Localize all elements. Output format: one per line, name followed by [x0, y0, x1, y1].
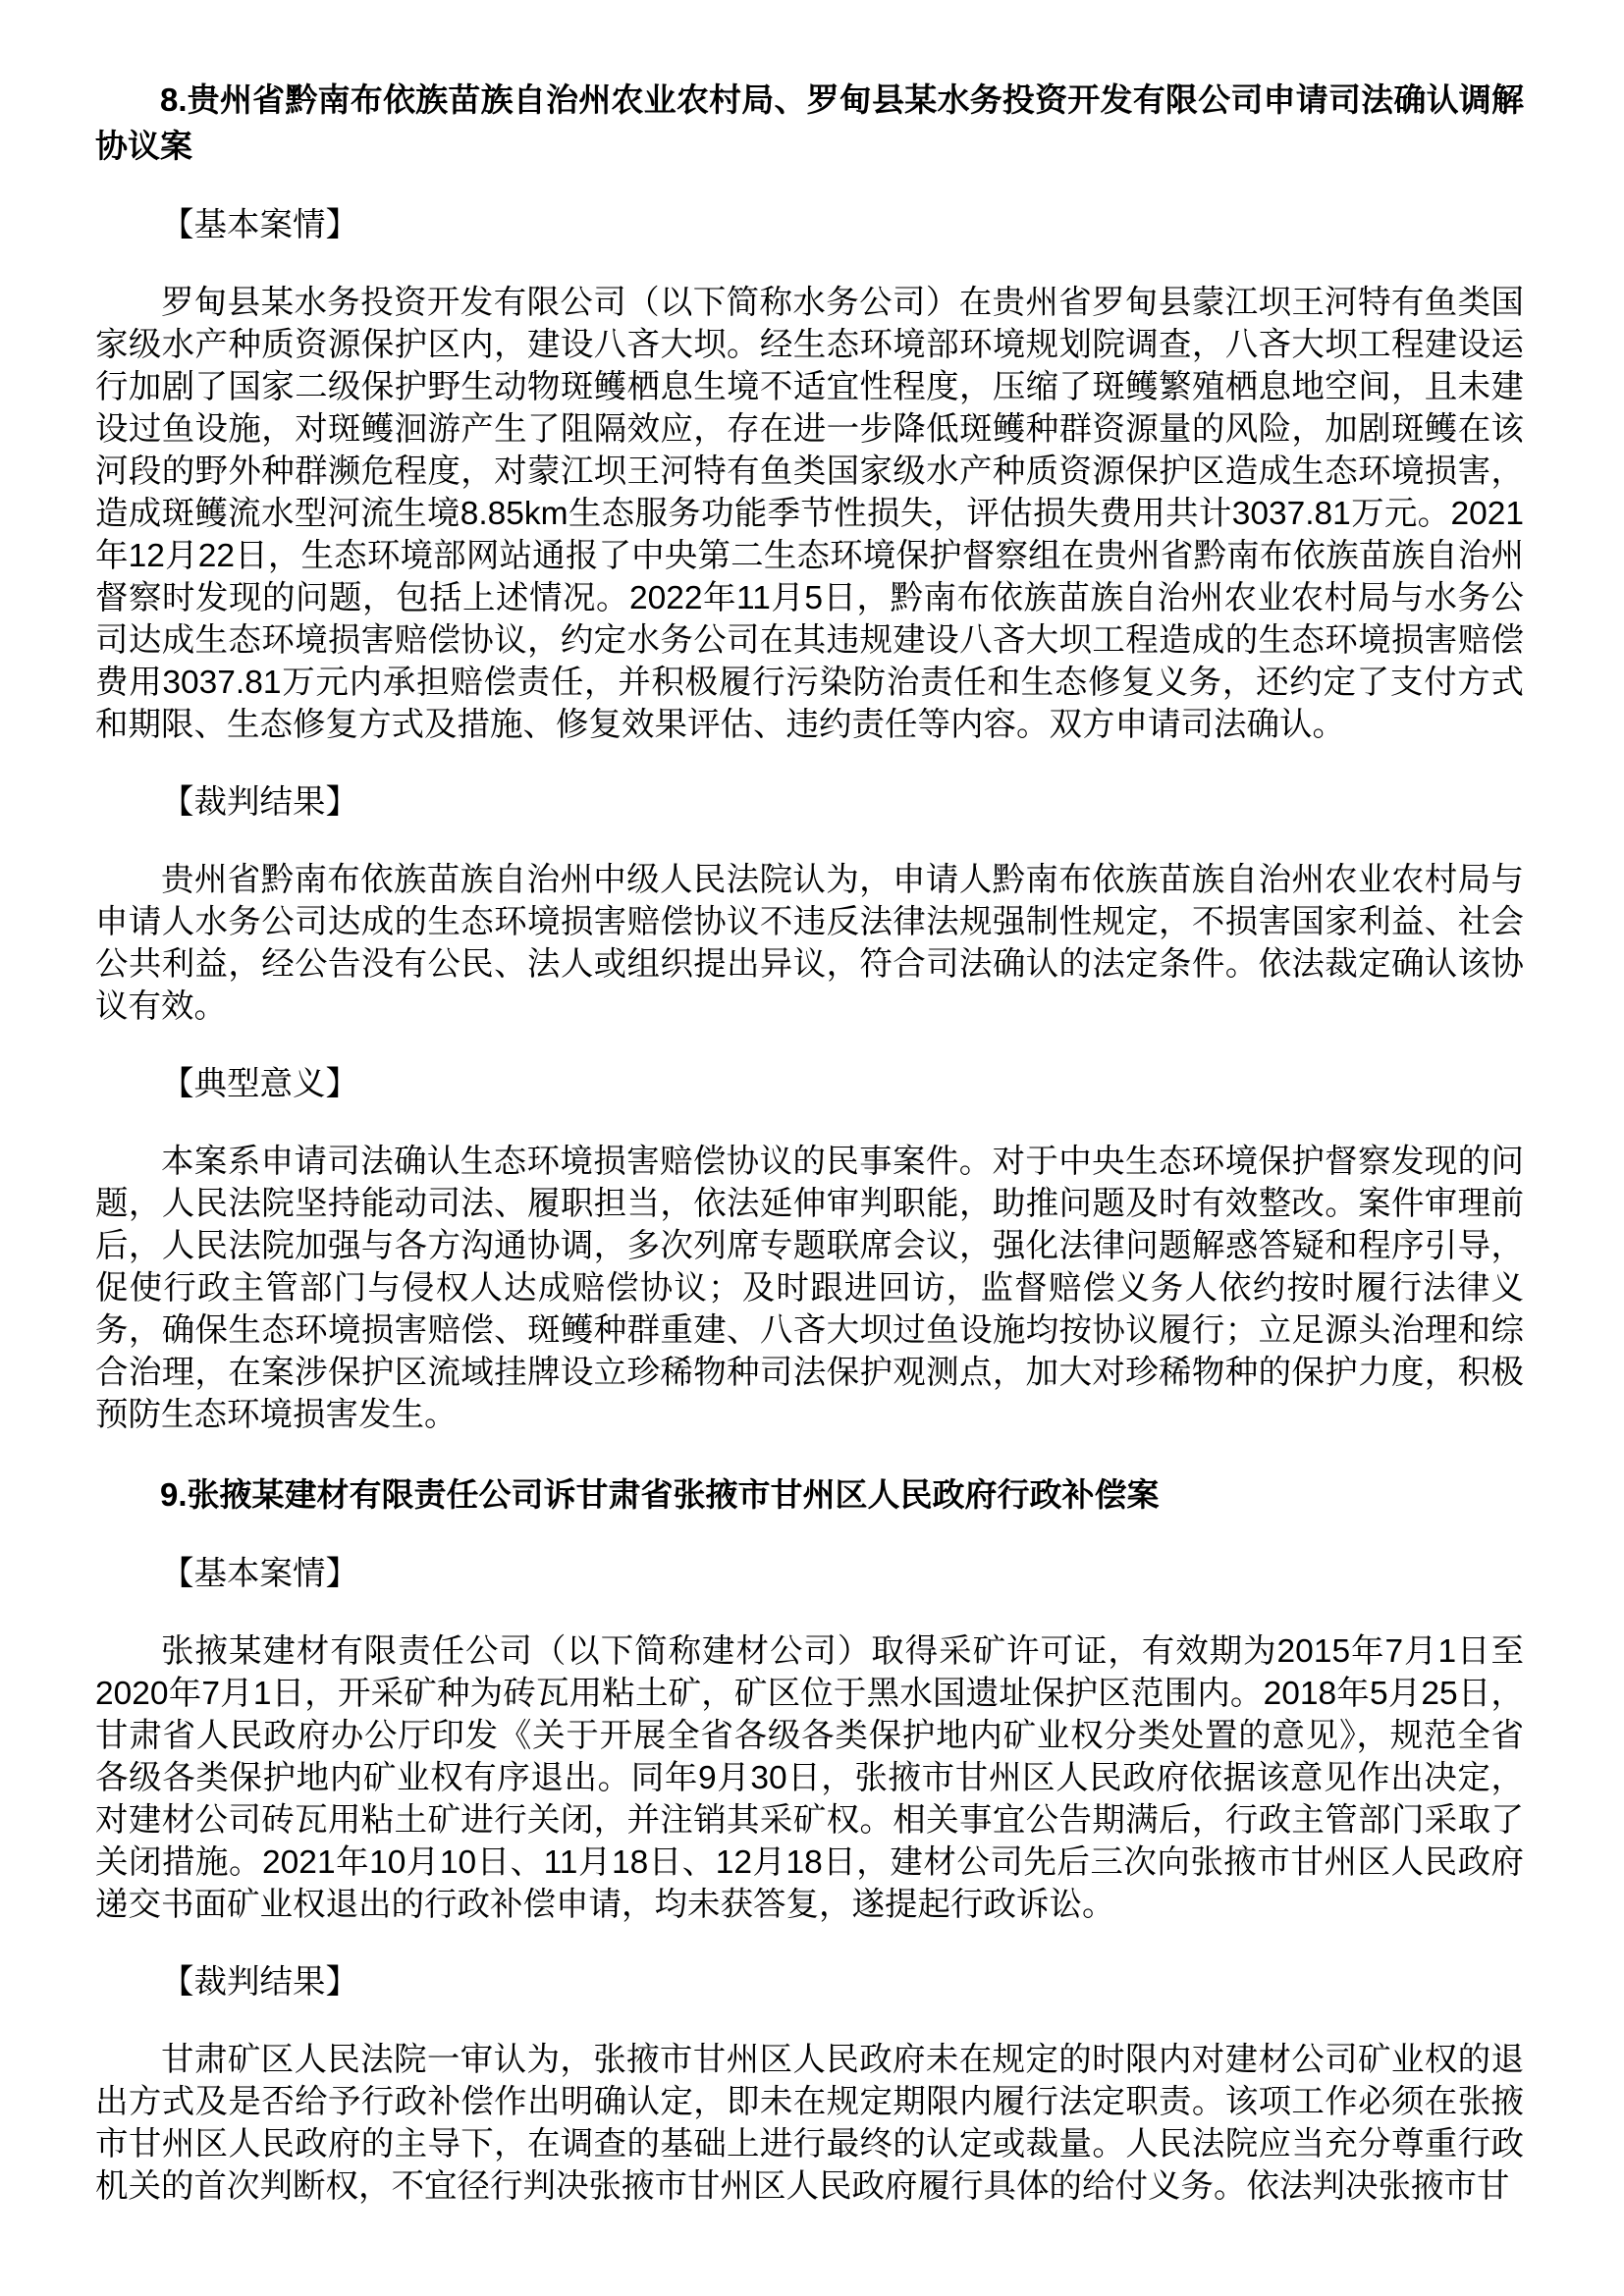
- body-paragraph: 张掖某建材有限责任公司（以下简称建材公司）取得采矿许可证，有效期为2015年7月…: [95, 1630, 1524, 1926]
- section-heading: 【典型意义】: [95, 1063, 1524, 1105]
- document-page: 8.贵州省黔南布依族苗族自治州农业农村局、罗甸县某水务投资开发有限公司申请司法确…: [0, 0, 1624, 2296]
- body-paragraph: 贵州省黔南布依族苗族自治州中级人民法院认为，申请人黔南布依族苗族自治州农业农村局…: [95, 859, 1524, 1028]
- section-heading: 【基本案情】: [95, 1553, 1524, 1595]
- case-title: 9.张掖某建材有限责任公司诉甘肃省张掖市甘州区人民政府行政补偿案: [95, 1471, 1524, 1518]
- section-heading: 【裁判结果】: [95, 1961, 1524, 2003]
- body-paragraph: 甘肃矿区人民法院一审认为，张掖市甘州区人民政府未在规定的时限内对建材公司矿业权的…: [95, 2039, 1524, 2208]
- body-paragraph: 罗甸县某水务投资开发有限公司（以下简称水务公司）在贵州省罗甸县蒙江坝王河特有鱼类…: [95, 282, 1524, 746]
- section-heading: 【基本案情】: [95, 204, 1524, 246]
- section-heading: 【裁判结果】: [95, 781, 1524, 824]
- body-paragraph: 本案系申请司法确认生态环境损害赔偿协议的民事案件。对于中央生态环境保护督察发现的…: [95, 1141, 1524, 1436]
- case-title: 8.贵州省黔南布依族苗族自治州农业农村局、罗甸县某水务投资开发有限公司申请司法确…: [95, 77, 1524, 169]
